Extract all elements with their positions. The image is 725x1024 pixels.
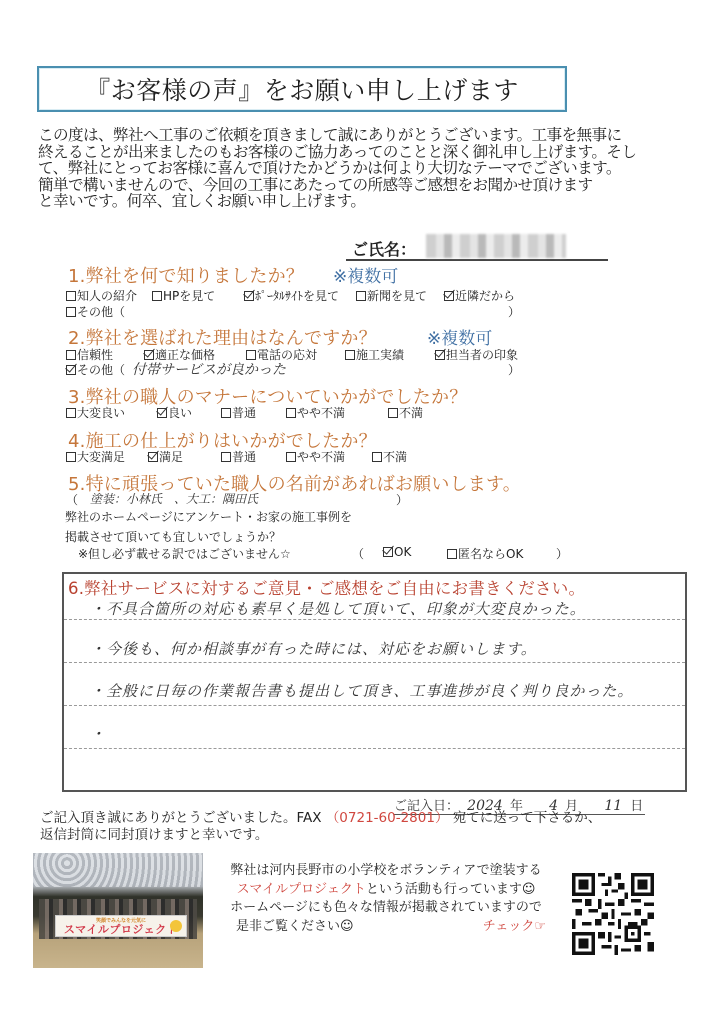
intro-line: この度は、弊社へ工事のご依頼を頂きまして誠にありがとうございます。工事を無事に xyxy=(38,127,678,144)
q4-option-very-satisfied[interactable]: 大変満足 xyxy=(66,448,125,465)
q5-publish-note: ※但し必ず載せる訳ではございません☆ xyxy=(78,545,291,562)
sky-clouds xyxy=(33,853,203,887)
smile-project-photo: 笑顔でみんなを元気に スマイルプロジェクト xyxy=(33,853,203,968)
intro-line: 簡単で構いませんので、今回の工事にあたっての所感等ご感想をお聞かせ頂けます xyxy=(38,177,678,194)
q1-option-portal[interactable]: ﾎﾟｰﾀﾙｻｲﾄを見て xyxy=(244,287,339,304)
checkbox[interactable] xyxy=(221,408,231,418)
checkbox-checked[interactable] xyxy=(444,291,454,301)
q3-option-very-good[interactable]: 大変良い xyxy=(66,404,125,421)
checkbox[interactable] xyxy=(66,408,76,418)
q4-option-average[interactable]: 普通 xyxy=(221,448,256,465)
q5-option-ok[interactable]: OK xyxy=(383,545,411,559)
q5-publish-options: （ OK 匿名ならOK ） xyxy=(352,545,572,561)
comment-line-1: ・不具合箇所の対応も素早く是処して頂いて、印象が大変良かった。 xyxy=(90,598,586,619)
checkbox[interactable] xyxy=(286,408,296,418)
checkbox-checked[interactable] xyxy=(244,291,254,301)
q6-title: 6.弊社サービスに対するご意見・ご感想をご自由にお書きください。 xyxy=(68,575,585,599)
qr-code[interactable] xyxy=(572,873,654,955)
q4-option-somewhat-dissatisfied[interactable]: やや不満 xyxy=(286,448,345,465)
checkbox[interactable] xyxy=(372,452,382,462)
checkbox-checked[interactable] xyxy=(157,408,167,418)
checkbox[interactable] xyxy=(66,452,76,462)
q1-option-other[interactable]: その他（ xyxy=(66,303,125,320)
comment-line-3: ・全般に日毎の作業報告書も提出して頂き、工事進捗が良く判り良かった。 xyxy=(90,680,633,701)
check-link[interactable]: チェック☞ xyxy=(483,918,546,937)
q4-options: 大変満足 満足 普通 やや不満 不満 xyxy=(66,448,526,464)
intro-line: 終えることが出来ましたのもお客様のご協力あってのことと深く御礼申し上げます。そし xyxy=(38,144,678,161)
q1-option-newspaper[interactable]: 新聞を見て xyxy=(356,287,427,304)
comment-line-2: ・今後も、何か相談事が有った時には、対応をお願いします。 xyxy=(90,638,537,659)
checkbox[interactable] xyxy=(388,408,398,418)
checkbox[interactable] xyxy=(345,350,355,360)
dashed-divider xyxy=(64,619,685,620)
checkbox[interactable] xyxy=(66,307,76,317)
name-label: ご氏名： xyxy=(352,237,416,260)
q3-option-average[interactable]: 普通 xyxy=(221,404,256,421)
comment-line-4: ・ xyxy=(90,723,106,744)
checkbox[interactable] xyxy=(66,350,76,360)
project-banner: 笑顔でみんなを元気に スマイルプロジェクト xyxy=(55,915,187,937)
checkbox-checked[interactable] xyxy=(144,350,154,360)
intro-paragraph: この度は、弊社へ工事のご依頼を頂きまして誠にありがとうございます。工事を無事に … xyxy=(38,127,678,210)
smiley-icon xyxy=(170,920,182,932)
checkbox-checked[interactable] xyxy=(383,547,393,557)
title-box: 『お客様の声』をお願い申し上げます xyxy=(37,66,567,112)
intro-line: と幸いです。何卒、宜しくお願い申し上げます。 xyxy=(38,193,678,210)
promo-text: 弊社は河内長野市の小学校をボランティアで塗装する スマイルプロジェクトという活動… xyxy=(216,862,556,936)
intro-line: て、弊社にとってお客様に喜んで頂けたかどうかは何より大切なテーマでございます。 xyxy=(38,160,678,177)
dashed-divider xyxy=(64,662,685,663)
q5-publish-line2: 掲載させて頂いても宜しいでしょうか？ xyxy=(65,528,281,545)
smile-project-link[interactable]: スマイルプロジェクト xyxy=(237,882,366,897)
checkbox[interactable] xyxy=(447,549,457,559)
page-title: 『お客様の声』をお願い申し上げます xyxy=(85,71,519,107)
q1-multiple-note: ※複数可 xyxy=(333,262,398,287)
fax-number: （0721-60-2801） xyxy=(326,810,449,826)
name-value-blurred xyxy=(426,234,566,258)
q5-answer-row[interactable]: （ 塗装：小林氏 、大工：隅田氏 ） xyxy=(66,491,466,507)
dashed-divider xyxy=(64,705,685,706)
q2-other-handwritten: 付帯サービスが良かった xyxy=(132,359,286,379)
q1-other-close: ） xyxy=(508,303,520,320)
checkbox[interactable] xyxy=(221,452,231,462)
q5-handwritten-answer: 塗装：小林氏 、大工：隅田氏 xyxy=(90,490,258,507)
q2-option-other[interactable]: その他（ xyxy=(66,361,125,378)
q1-option-referral[interactable]: 知人の紹介 xyxy=(66,287,137,304)
q3-options: 大変良い 良い 普通 やや不満 不満 xyxy=(66,404,526,420)
checkbox[interactable] xyxy=(286,452,296,462)
dashed-divider xyxy=(64,748,685,749)
checkbox-checked[interactable] xyxy=(66,365,76,375)
name-field[interactable]: ご氏名： xyxy=(346,237,608,261)
checkbox[interactable] xyxy=(66,291,76,301)
q1-title: 1.弊社を何で知りましたか？ xyxy=(68,262,304,288)
q3-option-good[interactable]: 良い xyxy=(157,404,192,421)
checkbox-checked[interactable] xyxy=(148,452,158,462)
checkbox[interactable] xyxy=(356,291,366,301)
checkbox[interactable] xyxy=(246,350,256,360)
checkbox-checked[interactable] xyxy=(435,350,445,360)
q3-option-dissatisfied[interactable]: 不満 xyxy=(388,404,423,421)
q1-option-hp[interactable]: HPを見て xyxy=(152,287,215,304)
comment-box[interactable]: 6.弊社サービスに対するご意見・ご感想をご自由にお書きください。 ・不具合箇所の… xyxy=(62,572,687,792)
q1-option-neighbor[interactable]: 近隣だから xyxy=(444,287,515,304)
q1-options: 知人の紹介 HPを見て ﾎﾟｰﾀﾙｻｲﾄを見て 新聞を見て 近隣だから xyxy=(66,287,526,303)
q5-option-anonymous-ok[interactable]: 匿名ならOK xyxy=(447,545,523,562)
thanks-text: ご記入頂き誠にありがとうございました。FAX （0721-60-2801） 宛て… xyxy=(40,810,601,844)
q4-option-satisfied[interactable]: 満足 xyxy=(148,448,183,465)
date-day: 11 xyxy=(604,798,622,814)
q1-other-row: その他（ ） xyxy=(66,303,526,319)
q3-option-somewhat-dissatisfied[interactable]: やや不満 xyxy=(286,404,345,421)
q2-other-close: ） xyxy=(508,361,520,378)
q5-publish-line1: 弊社のホームページにアンケート・お家の施工事例を xyxy=(65,508,352,525)
q4-option-dissatisfied[interactable]: 不満 xyxy=(372,448,407,465)
q2-other-row: その他（ 付帯サービスが良かった ） xyxy=(66,361,526,379)
checkbox[interactable] xyxy=(152,291,162,301)
